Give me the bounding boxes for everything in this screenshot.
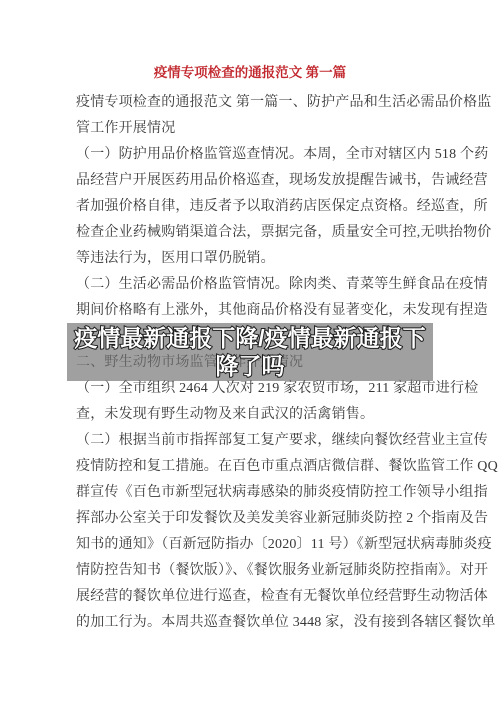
body-line: 疫情专项检查的通报范文 第一篇一、防护产品和生活必需品价格监 — [76, 90, 424, 116]
body-line: 管工作开展情况 — [76, 116, 424, 142]
body-line: 品经营户开展医药用品价格巡查，现场发放提醒告诫书，告诫经营 — [76, 168, 424, 194]
watermark-text-line1: 疫情最新通报下降/疫情最新通报下 — [74, 324, 425, 352]
document-page: 疫情专项检查的通报范文 第一篇 疫情专项检查的通报范文 第一篇一、防护产品和生活… — [0, 0, 500, 706]
body-line: （二）生活必需品价格监管情况。除肉类、青菜等生鲜食品在疫情 — [76, 272, 424, 298]
body-line: 知书的通知》（百新冠防指办〔2020〕11 号）《新型冠状病毒肺炎疫 — [76, 532, 424, 558]
body-line: 群宣传《百色市新型冠状病毒感染的肺炎疫情防控工作领导小组指 — [76, 480, 424, 506]
document-title: 疫情专项检查的通报范文 第一篇 — [0, 63, 500, 83]
body-line: 查，未发现有野生动物及来自武汉的活禽销售。 — [76, 402, 424, 428]
body-line: 的加工行为。本周共巡查餐饮单位 3448 家，没有接到各辖区餐饮单 — [76, 610, 424, 636]
body-line: 情防控告知书（餐饮版）》、《餐饮服务业新冠肺炎防控指南》。对开 — [76, 558, 424, 584]
body-line: 挥部办公室关于印发餐饮及美发美容业新冠肺炎防控 2 个指南及告 — [76, 506, 424, 532]
body-line: 疫情防控和复工措施。在百色市重点酒店微信群、餐饮监管工作 QQ — [76, 454, 424, 480]
watermark-overlay-band: 疫情最新通报下降/疫情最新通报下 降了吗 — [67, 323, 433, 381]
watermark-text-line2: 降了吗 — [216, 352, 285, 380]
body-line: 期间价格略有上涨外，其他商品价格没有显著变化，未发现有捏造 — [76, 298, 424, 324]
body-line: （二）根据当前市指挥部复工复产要求，继续向餐饮经营业主宣传 — [76, 428, 424, 454]
body-line: 展经营的餐饮单位进行巡查，检查有无餐饮单位经营野生动物活体 — [76, 584, 424, 610]
body-line: 等违法行为，医用口罩仍脱销。 — [76, 246, 424, 272]
body-line: 检查企业药械购销渠道合法，票据完备，质量安全可控,无哄抬物价 — [76, 220, 424, 246]
body-line: （一）防护用品价格监管巡查情况。本周，全市对辖区内 518 个药 — [76, 142, 424, 168]
body-line: 者加强价格自律，违反者予以取消药店医保定点资格。经巡查，所 — [76, 194, 424, 220]
